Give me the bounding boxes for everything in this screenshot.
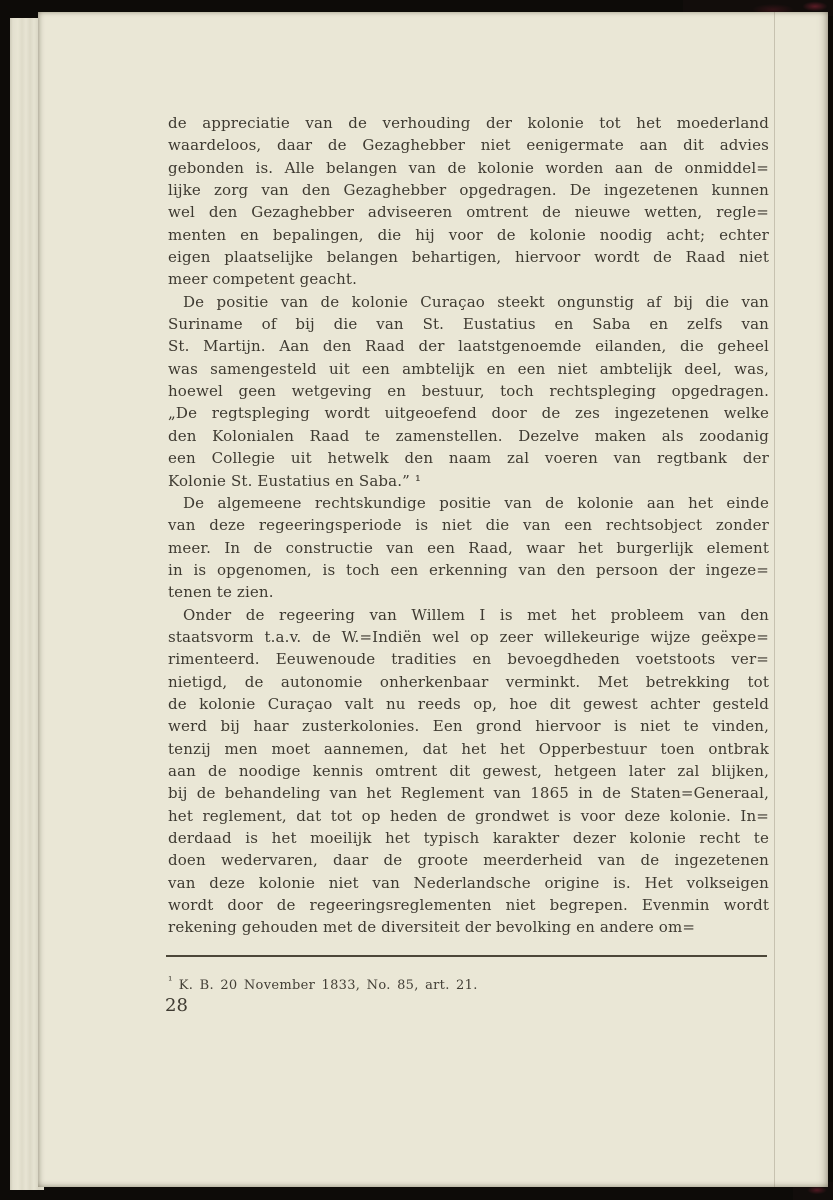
footnote-marker: ¹ xyxy=(168,974,173,987)
text-line: de kolonie Curaçao valt nu reeds op, hoe… xyxy=(168,693,769,715)
text-line: wordt door de regeeringsreglementen niet… xyxy=(168,894,769,916)
footnote-text: K. B. 20 November 1833, No. 85, art. 21. xyxy=(179,978,478,993)
text-line: De positie van de kolonie Curaçao steekt… xyxy=(168,291,769,313)
page-number: 28 xyxy=(165,994,188,1018)
text-line: was samengesteld uit een ambtelijk en ee… xyxy=(168,358,769,380)
scanned-book-photo: { "colors": { "surround": "#0d0b08", "pa… xyxy=(0,0,833,1200)
footnote-divider xyxy=(166,955,767,957)
text-line: van deze regeeringsperiode is niet die v… xyxy=(168,514,769,536)
text-line: van deze kolonie niet van Nederlandsche … xyxy=(168,872,769,894)
text-line: Kolonie St. Eustatius en Saba.” ¹ xyxy=(168,470,769,492)
text-line: De algemeene rechtskundige positie van d… xyxy=(168,492,769,514)
text-line: tenzij men moet aannemen, dat het het Op… xyxy=(168,738,769,760)
text-line: hoewel geen wetgeving en bestuur, toch r… xyxy=(168,380,769,402)
text-line: lijke zorg van den Gezaghebber opgedrage… xyxy=(168,179,769,201)
text-line: in is opgenomen, is toch een erkenning v… xyxy=(168,559,769,581)
text-line: den Kolonialen Raad te zamenstellen. Dez… xyxy=(168,425,769,447)
text-line: rimenteerd. Eeuwenoude tradities en bevo… xyxy=(168,648,769,670)
paragraph: de appreciatie van de verhouding der kol… xyxy=(168,112,769,291)
text-line: Suriname of bij die van St. Eustatius en… xyxy=(168,313,769,335)
text-line: St. Martijn. Aan den Raad der laatstgeno… xyxy=(168,335,769,357)
text-line: derdaad is het moeilijk het typisch kara… xyxy=(168,827,769,849)
text-line: gebonden is. Alle belangen van de koloni… xyxy=(168,157,769,179)
footnote: ¹K. B. 20 November 1833, No. 85, art. 21… xyxy=(168,971,769,996)
text-line: bij de behandeling van het Reglement van… xyxy=(168,782,769,804)
text-line: staatsvorm t.a.v. de W.=Indiën wel op ze… xyxy=(168,626,769,648)
text-line: meer. In de constructie van een Raad, wa… xyxy=(168,537,769,559)
text-line: de appreciatie van de verhouding der kol… xyxy=(168,112,769,134)
paragraph: De positie van de kolonie Curaçao steekt… xyxy=(168,291,769,492)
text-line: Onder de regeering van Willem I is met h… xyxy=(168,604,769,626)
text-line: waardeloos, daar de Gezaghebber niet een… xyxy=(168,134,769,156)
text-line: aan de noodige kennis omtrent dit gewest… xyxy=(168,760,769,782)
text-line: nietigd, de autonomie onherkenbaar vermi… xyxy=(168,671,769,693)
text-line: tenen te zien. xyxy=(168,581,769,603)
text-line: eigen plaatselijke belangen behartigen, … xyxy=(168,246,769,268)
text-line: een Collegie uit hetwelk den naam zal vo… xyxy=(168,447,769,469)
text-block: de appreciatie van de verhouding der kol… xyxy=(168,112,769,939)
text-line: doen wedervaren, daar de groote meerderh… xyxy=(168,849,769,871)
text-line: werd bij haar zusterkolonies. Een grond … xyxy=(168,715,769,737)
text-line: meer competent geacht. xyxy=(168,268,769,290)
text-line: menten en bepalingen, die hij voor de ko… xyxy=(168,224,769,246)
text-line: het reglement, dat tot op heden de grond… xyxy=(168,805,769,827)
paragraph: Onder de regeering van Willem I is met h… xyxy=(168,604,769,939)
text-line: rekening gehouden met de diversiteit der… xyxy=(168,916,769,938)
text-line: „De regtspleging wordt uitgeoefend door … xyxy=(168,402,769,424)
page-edge-line xyxy=(774,12,775,1187)
text-line: wel den Gezaghebber adviseeren omtrent d… xyxy=(168,201,769,223)
paragraph: De algemeene rechtskundige positie van d… xyxy=(168,492,769,604)
